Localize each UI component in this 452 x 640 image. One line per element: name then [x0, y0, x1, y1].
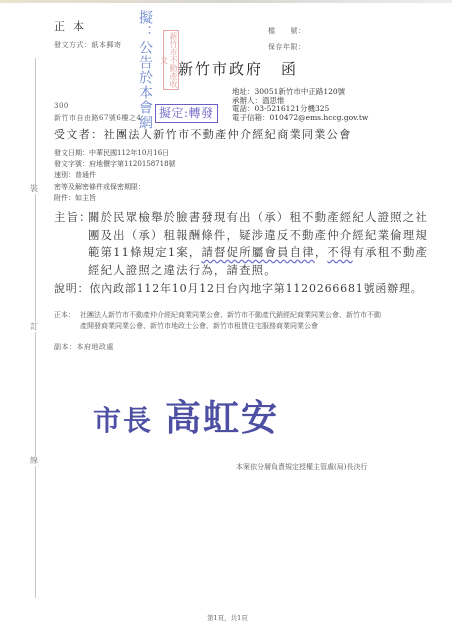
- attachment: 附件：如主旨: [54, 193, 176, 204]
- mayor-signature: 市長高虹安: [93, 390, 279, 441]
- recipient-zip: 300: [54, 102, 69, 110]
- announcement-stamp: 擬：公告於本會網: [137, 10, 153, 130]
- delegation-note: 本案依分層負責規定授權主管處(局)長決行: [236, 462, 367, 472]
- decision-stamp: 擬定:轉發: [155, 104, 218, 123]
- issuing-organization: 新竹市政府: [178, 60, 263, 78]
- document-kind: 函: [281, 60, 298, 78]
- subject-label: 主旨：: [54, 209, 92, 227]
- document-title: 新竹市政府函: [178, 58, 298, 79]
- subject-section: 主旨： 關於民眾檢舉於臉書發現有出（承）租不動產經紀人證照之社團及出（承）租報酬…: [54, 209, 434, 279]
- issue-date: 發文日期：中華民國112年10月16日: [54, 148, 176, 159]
- binding-mark-ding: 訂: [30, 322, 38, 332]
- binding-mark-xian: 線: [30, 456, 38, 466]
- contact-block: 地址：30051新竹市中正路120號 承辦人：溫思惟 電話：03-5216121…: [232, 88, 368, 122]
- underlined-prohibited: 不得: [327, 245, 352, 259]
- signature-name: 高虹安: [165, 397, 279, 439]
- distribution-list: 社團法人新竹市不動產仲介經紀商業同業公會、新竹市不動產代銷經紀商業同業公會、新竹…: [80, 310, 384, 331]
- archive-number-label: 檔 號：: [268, 26, 306, 36]
- retention-period-label: 保存年限：: [268, 42, 306, 52]
- urgency: 速別：普通件: [54, 170, 176, 181]
- send-method: 發文方式：紙本郵寄: [54, 40, 122, 50]
- explanation: 說明：依內政部112年10月12日台內地字第1120266681號函辦理。: [54, 280, 423, 296]
- contact-email: 電子信箱：010472@ems.hccg.gov.tw: [232, 114, 368, 123]
- subject-text: 關於民眾檢舉於臉書發現有出（承）租不動產經紀人證照之社團及出（承）租報酬條件，疑…: [88, 209, 434, 279]
- distribution-label: 正本：: [54, 310, 75, 321]
- copy-type: 正本: [54, 18, 92, 34]
- page-number: 第1頁，共1頁: [207, 613, 248, 622]
- document-meta: 發文日期：中華民國112年10月16日 發文字號：府地價字第1120158718…: [54, 148, 176, 204]
- underlined-self-discipline: 請督促所屬會員自律: [201, 245, 314, 259]
- distribution-section: 正本： 社團法人新竹市不動產仲介經紀商業同業公會、新竹市不動產代銷經紀商業同業公…: [54, 310, 384, 331]
- signature-role: 市長: [93, 404, 153, 437]
- document-number: 發文字號：府地價字第1120158718號: [54, 159, 176, 170]
- receipt-seal: 新竹市不動產收文: [163, 30, 179, 90]
- carbon-copy: 副本：本府地政處: [54, 342, 114, 352]
- binding-mark-zhuang: 裝: [30, 184, 38, 194]
- recipient-address: 新竹市自由路67號6樓之4: [54, 113, 141, 123]
- secrecy-level: 密等及解密條件或保密期限：: [54, 182, 176, 193]
- recipient: 受文者：社團法人新竹市不動產仲介經紀商業同業公會: [54, 126, 352, 142]
- scan-top-edge: [0, 0, 452, 3]
